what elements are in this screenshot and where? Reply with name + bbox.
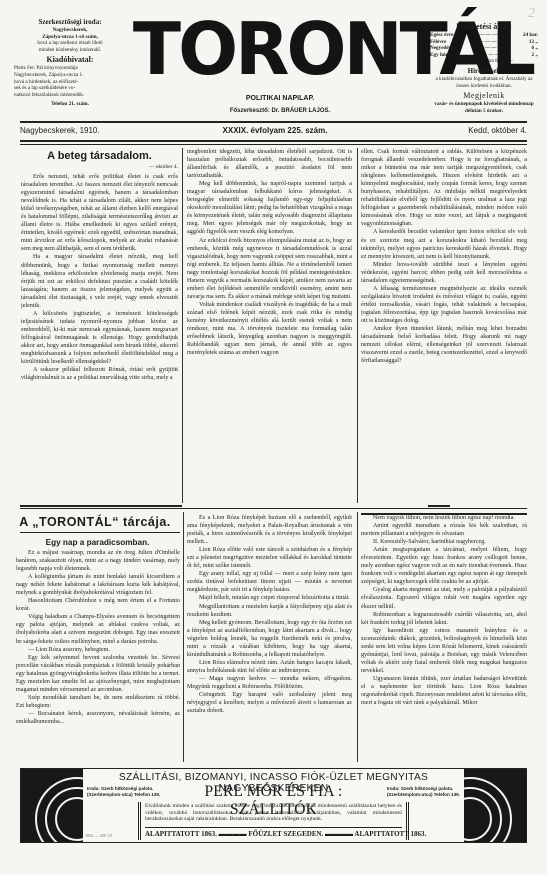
paragraph: A kölcsönös jogtisztelet, a természeti k… [21,310,178,366]
paragraph: Ez a májusi vasárnap, mondta az én öreg … [16,549,180,573]
feuilleton-section-title: A „TORONTÁL“ tárcája. [15,515,175,529]
paragraph: A kollégiumba jártam és mint benlakó tan… [16,573,180,597]
ad-office-address-right: Iroda: Szerb hitközségi palota. (Szerbte… [387,786,460,797]
column-rule [183,512,184,762]
price-label: Negyedévre [430,45,456,52]
paragraph: — Maga nagyon kedves — mondta nekem, elf… [187,675,352,691]
column-rule [182,148,183,503]
appears-text: vasár- és ünnepnapok kivételével mindenn… [430,101,538,114]
paragraph: II. Keresztély-Salvátor, karinthiai nagy… [361,538,527,546]
divider [20,532,180,533]
paragraph: És a Lion Róza fényképét huztam elő a zs… [187,514,352,546]
column-rule [357,148,358,503]
paragraph: Végig haladtam a Champs-Elysées avenuen … [16,613,180,645]
paragraph: Hasonlitottam Chérubinhoz s még nem érte… [16,597,180,613]
masthead-subscription-box: Előfizetési árak: Egész évre— — — — —24 … [430,22,538,114]
masthead-editorial-office: Szerkesztőségi iroda: Nagybecskerek, Záp… [14,18,126,108]
office-line: natkozó felszólalások intézendők. [14,92,126,99]
paragraph: Csöngetett. Egy harapni való szobaleány … [187,691,352,715]
column-rule [357,512,358,762]
head-office: FŐÜZLET SZEGEDEN. [248,830,323,838]
dateline-volume: XXXIX. évfolyam 225. szám. [200,126,350,135]
paragraph: Voltak mindenkor családi viszályok és tr… [187,301,352,357]
divider [20,140,527,142]
paragraph: A léhaság természetesen megmételyezte az… [361,285,527,325]
paragraph: Aztán megtapogattam a tárcámat, melyet f… [361,546,527,586]
dateline-day: Kedd, október 4. [468,126,527,135]
paragraph: Ha a magyar társadalmi életet nézzük, me… [21,253,178,309]
paragraph: Erős nemzeti, tehát erős politikai élete… [21,173,178,253]
paragraph: Meg kell döbbennünk, ha napról-napra sze… [187,180,352,236]
paragraph: Egy arany tollal, egy uj tollal — mert a… [187,570,352,594]
founded-year: ALAPITTATOTT 1863. [145,830,217,838]
paragraph: Nem vagyok itthon, nem leszek itthon egé… [361,514,527,522]
end-ornament [428,505,450,507]
paragraph: Megpillantottam a meztelen karját a fáty… [187,603,352,619]
editorial-line: hová a lap szellemi részét illető [14,40,126,47]
paragraph: Szép mondókát tanultam be, de nem emléke… [16,694,180,710]
divider [20,508,527,509]
price-value: 2 „ [532,52,538,59]
newspaper-page: 2 Szerkesztőségi iroda: Nagybecskerek, Z… [0,0,547,875]
dateline-place: Nagybecskerek, 1910. [20,126,100,135]
ad-serial: 1892 — 200 1/9 [85,833,112,838]
editor-in-chief: Főszerkesztő: Dr. BRÁUER LAJOS. [180,108,380,114]
newspaper-title: TORONTÁL [133,8,417,90]
feuilleton-column-3: Nem vagyok itthon, nem leszek itthon egé… [361,514,527,762]
editorial-heading: Szerkesztőségi iroda: [14,18,126,27]
editorial-line: minden közlemény intézendő. [14,47,126,54]
address-line: (Szerbtemplom-utca) Telefon 139. [87,792,160,798]
newspaper-subtitle: POLITIKAI NAPILAP. [180,95,380,102]
swirl-ornament-icon [464,769,526,842]
founded-year: ALAPITTATOTT 1863. [354,830,426,838]
price-row: Félévre— — — — —12 „ [430,39,538,46]
prices-heading: Előfizetési árak: [430,22,538,32]
feuilleton-column-2: És a Lion Róza fényképét huztam elő a zs… [187,514,352,762]
paragraph: Mindez hova-tovább sürübbé teszi a lényt… [361,261,527,285]
paragraph: Egy kék selyemmel bevont szalonba vezett… [16,654,180,694]
paragraph: Meg kellett gyónnom. Bevallottam, hogy e… [187,619,352,659]
office-line: Nagybecskerek, Zápolya-utcza 1. [14,72,126,79]
paragraph: Gyalog akarta megtenni az utat, mely a p… [361,586,527,610]
ad-office-address-left: Iroda: Szerb hitközségi palota. (Szerbte… [87,786,160,797]
price-value: 24 kor. [523,32,538,39]
paragraph: ellen. Csak formát változtatott a rablás… [361,148,527,228]
paragraph: megbomlott idegzetü, léha társadalom éle… [187,148,352,180]
paragraph: Ugyanazon hintán ültünk, ezer ártatlan b… [361,675,527,707]
price-label: Egy hóra [430,52,450,59]
feuilleton-column-1: Ez a májusi vasárnap, mondta az én öreg … [16,549,180,759]
office-line: hová a hirdetések, az előfizeté- [14,79,126,86]
address-line: Iroda: Szerb hitközségi palota. [387,786,460,792]
address-line: Iroda: Szerb hitközségi palota. [87,786,160,792]
article-column-2: megbomlott idegzetü, léha társadalom éle… [187,148,352,500]
ad-founded-line: ALAPITTATOTT 1863. ▬▬▬▬ FŐÜZLET SZEGEDEN… [145,827,402,838]
price-row: Negyedévre— — — — —6 „ [430,45,538,52]
divider [20,505,182,507]
paragraph: Lion Róza előtte való este táncolt a szi… [187,546,352,570]
ads-text: a kiadóhivatalban fogadtatnak el. Árszab… [430,76,538,89]
ads-heading: Hirdetések [430,67,538,76]
paragraph: Majd felkelt, miután egy csipet rizsporr… [187,594,352,602]
dateline: Nagybecskerek, 1910. XXXIX. évfolyam 225… [20,126,527,138]
story-title: Egy nap a paradicsomban. [15,538,180,547]
phone-number: Telefon 21. szám. [14,101,126,108]
price-label: Egész évre [430,32,453,39]
paragraph: A kereskedői becsület valamikor igen fon… [361,228,527,260]
single-issue-price: — Egyes szám ára 8 fill. — [430,58,538,65]
paragraph: A sokszor például felhozott Rómát, óriás… [21,366,178,382]
paragraph: Lion Róza elámulva nézett rám. Aztán han… [187,659,352,675]
ad-body-box: Elvállalunk minden a szállitási szakma k… [138,802,409,840]
article-column-1: Erős nemzeti, tehát erős politikai élete… [21,173,178,500]
paragraph: Igy hasonlitott egy csinos masamót leány… [361,627,527,675]
paragraph: Amint egyedül maradtam a rózsás kis kék … [361,522,527,538]
article-date: — október 4. [21,164,178,170]
editorial-line: Zápolya-utcza 1-ső szám, [14,34,126,41]
address-line: (Szerbtemplom-utca) Telefon 139. [387,792,460,798]
office-line: sek és a lap szétküldésére vo- [14,85,126,92]
price-value: 12 „ [529,39,538,46]
divider [20,144,527,145]
shipping-advertisement: SZÁLLITÁSI, BIZOMANYI, INCASSO FIÓK-ÜZLE… [20,768,527,843]
article-column-3: ellen. Csak formát változtatott a rablás… [361,148,527,498]
paragraph: — Bocsánatot kérek, asszonyom, névaláirá… [16,710,180,726]
editorial-line: Nagybecskerek, [14,27,126,34]
office-line: Pleitz Fer. Pál könyvnyomdája [14,65,126,72]
article-title: A beteg társadalom. [21,150,178,162]
paragraph: — Lion Róza asszony, hebegtem. [16,646,180,654]
price-label: Félévre [430,39,446,46]
appears-heading: Megjelenik [430,91,538,101]
swirl-ornament-icon [21,769,83,842]
paragraph: Robinsonban a legparasztosabb csárdát vá… [361,611,527,627]
ad-body-text: Elvállalunk minden a szállitási szakma k… [145,803,402,823]
divider [20,121,527,123]
price-value: 6 „ [532,45,538,52]
price-row: Egész évre— — — — —24 kor. [430,32,538,39]
paragraph: Amikor ilyen tüneteket látunk, méltán me… [361,325,527,365]
paragraph: Az erkölcsi érzék bizonyos eltompulására… [187,237,352,301]
office-heading: Kiadóhivatal: [14,55,126,65]
